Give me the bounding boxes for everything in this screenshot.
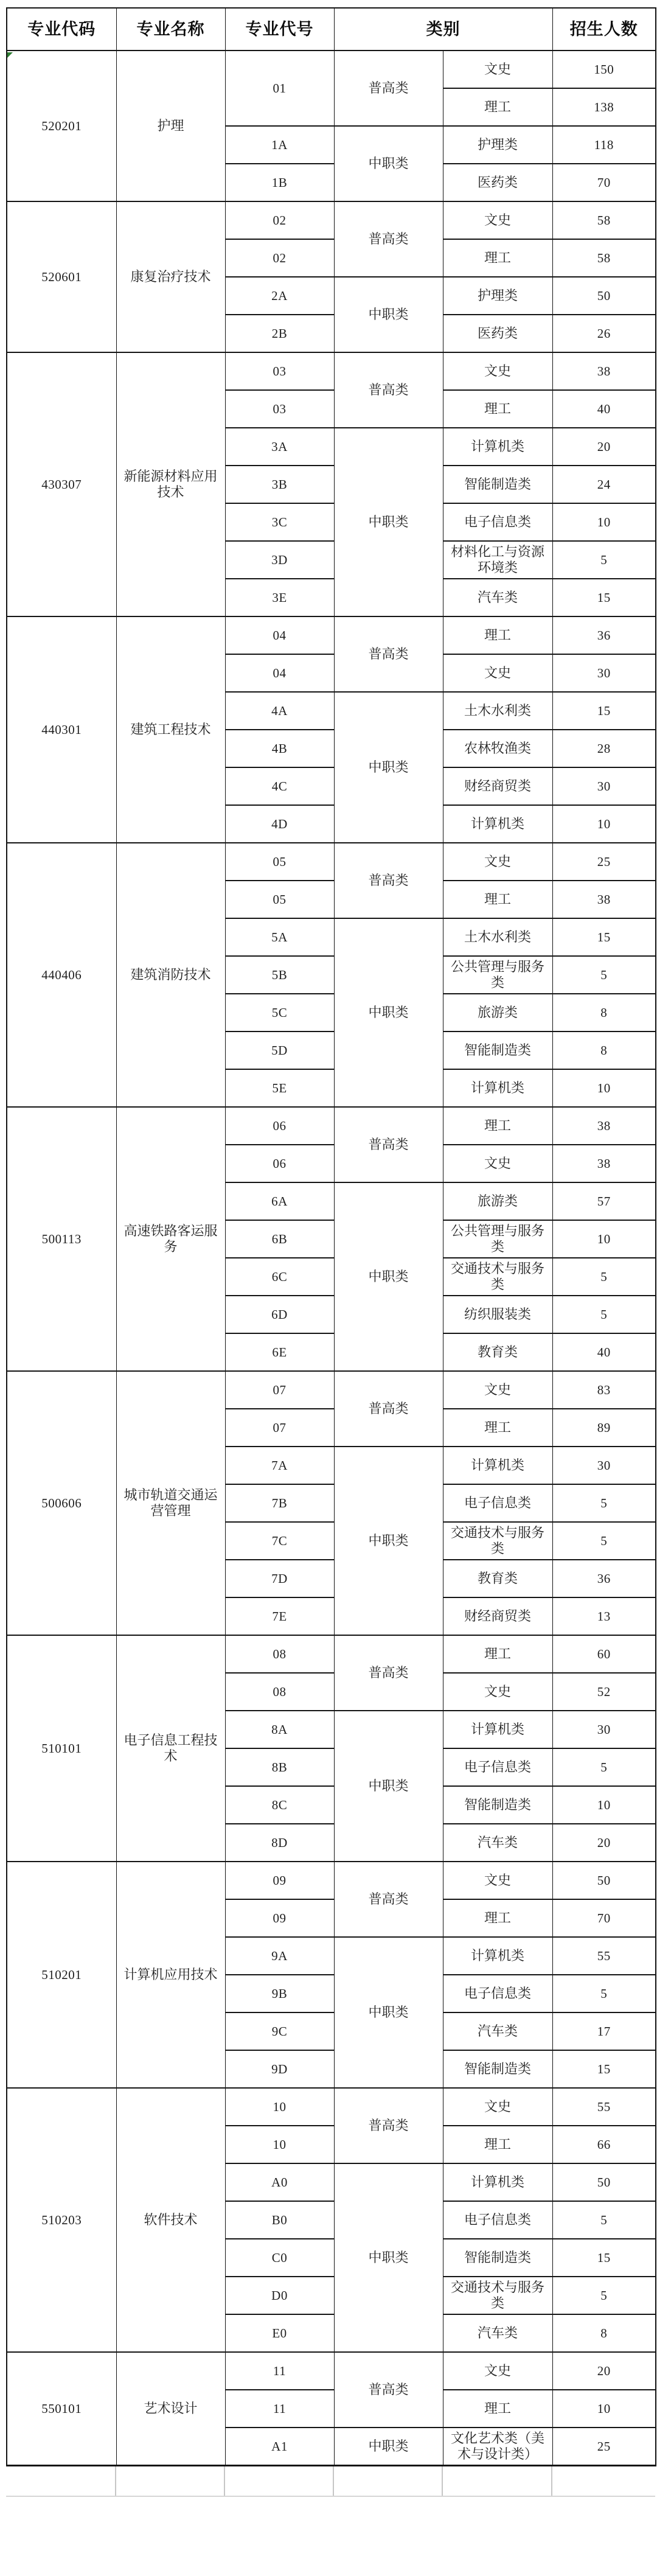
enroll-count-cell: 20 (552, 428, 656, 466)
enroll-count-cell: 30 (552, 1447, 656, 1484)
major-name-cell: 建筑消防技术 (116, 843, 225, 1107)
major-codeno-cell: A0 (225, 2163, 334, 2201)
enroll-count-cell: 70 (552, 164, 656, 201)
category-name-cell: 电子信息类 (443, 1484, 552, 1522)
category-name-cell: 文史 (443, 1862, 552, 1899)
enroll-count-cell: 10 (552, 805, 656, 843)
major-code-cell: 510201 (7, 1862, 116, 2088)
category-name-cell: 文史 (443, 2352, 552, 2390)
table-row: 510201计算机应用技术09普高类文史50 (7, 1862, 656, 1899)
enroll-count-cell: 55 (552, 2088, 656, 2126)
category-name-cell: 理工 (443, 239, 552, 277)
enroll-count-cell: 10 (552, 1786, 656, 1824)
category-name-cell: 交通技术与服务类 (443, 1522, 552, 1560)
enroll-count-cell: 40 (552, 390, 656, 428)
enroll-count-cell: 15 (552, 692, 656, 730)
enroll-count-cell: 20 (552, 1824, 656, 1862)
major-codeno-cell: 08 (225, 1673, 334, 1711)
major-codeno-cell: A1 (225, 2428, 334, 2465)
category-type-cell: 中职类 (334, 692, 443, 843)
category-type-cell: 中职类 (334, 277, 443, 352)
enroll-count-cell: 36 (552, 1560, 656, 1597)
enroll-count-cell: 60 (552, 1635, 656, 1673)
category-name-cell: 文史 (443, 51, 552, 88)
category-name-cell: 智能制造类 (443, 1786, 552, 1824)
major-name-cell: 建筑工程技术 (116, 616, 225, 843)
category-type-cell: 中职类 (334, 126, 443, 201)
enroll-count-cell: 8 (552, 1031, 656, 1069)
major-codeno-cell: 1B (225, 164, 334, 201)
category-name-cell: 文史 (443, 843, 552, 881)
category-name-cell: 医药类 (443, 315, 552, 352)
major-codeno-cell: 6D (225, 1296, 334, 1333)
header-major-name: 专业名称 (116, 8, 225, 51)
major-name-cell: 高速铁路客运服务 (116, 1107, 225, 1371)
category-name-cell: 文史 (443, 1371, 552, 1409)
header-major-codeno: 专业代号 (225, 8, 334, 51)
major-codeno-cell: 05 (225, 843, 334, 881)
major-codeno-cell: 6A (225, 1182, 334, 1220)
enroll-count-cell: 83 (552, 1371, 656, 1409)
major-code-cell: 520601 (7, 201, 116, 352)
category-type-cell: 普高类 (334, 352, 443, 428)
table-row: 500113高速铁路客运服务06普高类理工38 (7, 1107, 656, 1145)
header-major-code: 专业代码 (7, 8, 116, 51)
gridline (6, 2496, 655, 2497)
category-name-cell: 文史 (443, 1673, 552, 1711)
category-type-cell: 中职类 (334, 1711, 443, 1862)
category-name-cell: 理工 (443, 1107, 552, 1145)
category-name-cell: 土木水利类 (443, 918, 552, 956)
category-name-cell: 智能制造类 (443, 2050, 552, 2088)
category-name-cell: 交通技术与服务类 (443, 2277, 552, 2314)
major-codeno-cell: 4C (225, 767, 334, 805)
category-name-cell: 财经商贸类 (443, 767, 552, 805)
major-name-cell: 城市轨道交通运营管理 (116, 1371, 225, 1635)
enroll-count-cell: 89 (552, 1409, 656, 1447)
table-row: 550101艺术设计11普高类文史20 (7, 2352, 656, 2390)
table-row: 520601康复治疗技术02普高类文史58 (7, 201, 656, 239)
enroll-count-cell: 28 (552, 730, 656, 767)
category-type-cell: 普高类 (334, 2352, 443, 2428)
header-category: 类别 (334, 8, 552, 51)
enroll-count-cell: 38 (552, 1107, 656, 1145)
enroll-count-cell: 66 (552, 2126, 656, 2163)
page: { "page": { "background": "#ffffff", "bo… (0, 0, 657, 2576)
category-type-cell: 中职类 (334, 1447, 443, 1635)
category-type-cell: 普高类 (334, 1107, 443, 1182)
enroll-count-cell: 38 (552, 1145, 656, 1182)
major-codeno-cell: D0 (225, 2277, 334, 2314)
enroll-count-cell: 38 (552, 352, 656, 390)
partial-bottom-row (6, 2466, 655, 2497)
major-codeno-cell: 5B (225, 956, 334, 994)
major-codeno-cell: 04 (225, 654, 334, 692)
category-name-cell: 文史 (443, 201, 552, 239)
header-enroll-count: 招生人数 (552, 8, 656, 51)
header-row: 专业代码 专业名称 专业代号 类别 招生人数 (7, 8, 656, 51)
enroll-count-cell: 5 (552, 956, 656, 994)
major-codeno-cell: 3D (225, 541, 334, 579)
category-type-cell: 普高类 (334, 2088, 443, 2163)
enroll-count-cell: 30 (552, 654, 656, 692)
enroll-count-cell: 15 (552, 2050, 656, 2088)
enroll-count-cell: 118 (552, 126, 656, 164)
category-name-cell: 智能制造类 (443, 2239, 552, 2277)
major-codeno-cell: 01 (225, 51, 334, 126)
major-codeno-cell: 3A (225, 428, 334, 466)
category-type-cell: 中职类 (334, 2428, 443, 2465)
enroll-count-cell: 10 (552, 1069, 656, 1107)
major-name-cell: 软件技术 (116, 2088, 225, 2352)
gridline (224, 2466, 225, 2497)
enroll-count-cell: 58 (552, 201, 656, 239)
enroll-count-cell: 50 (552, 1862, 656, 1899)
category-name-cell: 公共管理与服务类 (443, 956, 552, 994)
major-codeno-cell: 8A (225, 1711, 334, 1748)
category-name-cell: 理工 (443, 881, 552, 918)
major-codeno-cell: 6E (225, 1333, 334, 1371)
category-name-cell: 计算机类 (443, 428, 552, 466)
major-codeno-cell: 8B (225, 1748, 334, 1786)
category-name-cell: 计算机类 (443, 1711, 552, 1748)
category-name-cell: 计算机类 (443, 1937, 552, 1975)
category-name-cell: 理工 (443, 1635, 552, 1673)
major-codeno-cell: 11 (225, 2390, 334, 2428)
major-codeno-cell: 07 (225, 1371, 334, 1409)
enroll-count-cell: 8 (552, 2314, 656, 2352)
category-name-cell: 旅游类 (443, 1182, 552, 1220)
enroll-count-cell: 25 (552, 2428, 656, 2465)
enroll-count-cell: 38 (552, 881, 656, 918)
major-codeno-cell: 11 (225, 2352, 334, 2390)
category-name-cell: 文化艺术类（美术与设计类） (443, 2428, 552, 2465)
major-codeno-cell: 4D (225, 805, 334, 843)
major-code-cell: 500606 (7, 1371, 116, 1635)
major-codeno-cell: 4B (225, 730, 334, 767)
enroll-count-cell: 26 (552, 315, 656, 352)
major-codeno-cell: 7E (225, 1597, 334, 1635)
category-name-cell: 文史 (443, 352, 552, 390)
category-type-cell: 中职类 (334, 1937, 443, 2088)
gridline (551, 2466, 552, 2497)
category-name-cell: 教育类 (443, 1560, 552, 1597)
category-type-cell: 中职类 (334, 428, 443, 616)
gridline (115, 2466, 116, 2497)
category-type-cell: 中职类 (334, 2163, 443, 2352)
major-codeno-cell: 4A (225, 692, 334, 730)
category-name-cell: 汽车类 (443, 1824, 552, 1862)
spreadsheet-area: 专业代码 专业名称 专业代号 类别 招生人数 520201护理01普高类文史15… (6, 7, 655, 2497)
category-name-cell: 文史 (443, 654, 552, 692)
category-type-cell: 普高类 (334, 1862, 443, 1937)
major-codeno-cell: 6B (225, 1220, 334, 1258)
major-code-cell: 520201 (7, 51, 116, 201)
major-codeno-cell: 07 (225, 1409, 334, 1447)
category-name-cell: 理工 (443, 2390, 552, 2428)
enroll-count-cell: 36 (552, 616, 656, 654)
category-name-cell: 护理类 (443, 126, 552, 164)
enroll-count-cell: 50 (552, 277, 656, 315)
enroll-count-cell: 5 (552, 1522, 656, 1560)
category-name-cell: 电子信息类 (443, 1975, 552, 2012)
table-row: 520201护理01普高类文史150 (7, 51, 656, 88)
enroll-count-cell: 15 (552, 918, 656, 956)
table-row: 440406建筑消防技术05普高类文史25 (7, 843, 656, 881)
category-type-cell: 中职类 (334, 918, 443, 1107)
category-type-cell: 普高类 (334, 1371, 443, 1447)
major-codeno-cell: 06 (225, 1145, 334, 1182)
enroll-count-cell: 58 (552, 239, 656, 277)
major-name-cell: 电子信息工程技术 (116, 1635, 225, 1862)
enroll-count-cell: 138 (552, 88, 656, 126)
table-row: 510203软件技术10普高类文史55 (7, 2088, 656, 2126)
category-name-cell: 汽车类 (443, 2314, 552, 2352)
category-name-cell: 文史 (443, 2088, 552, 2126)
category-name-cell: 理工 (443, 88, 552, 126)
table-row: 500606城市轨道交通运营管理07普高类文史83 (7, 1371, 656, 1409)
category-name-cell: 计算机类 (443, 1447, 552, 1484)
major-codeno-cell: 09 (225, 1899, 334, 1937)
major-code-cell: 550101 (7, 2352, 116, 2465)
enroll-count-cell: 10 (552, 503, 656, 541)
major-codeno-cell: 7C (225, 1522, 334, 1560)
major-codeno-cell: 08 (225, 1635, 334, 1673)
enroll-count-cell: 5 (552, 2201, 656, 2239)
category-type-cell: 中职类 (334, 1182, 443, 1371)
major-codeno-cell: 10 (225, 2088, 334, 2126)
major-code-cell: 510203 (7, 2088, 116, 2352)
enroll-count-cell: 10 (552, 1220, 656, 1258)
category-name-cell: 智能制造类 (443, 1031, 552, 1069)
category-name-cell: 理工 (443, 390, 552, 428)
enroll-count-cell: 57 (552, 1182, 656, 1220)
category-name-cell: 土木水利类 (443, 692, 552, 730)
table-row: 430307新能源材料应用技术03普高类文史38 (7, 352, 656, 390)
category-name-cell: 材料化工与资源环境类 (443, 541, 552, 579)
enroll-count-cell: 15 (552, 579, 656, 616)
gridline (333, 2466, 334, 2497)
category-name-cell: 理工 (443, 1899, 552, 1937)
category-name-cell: 计算机类 (443, 805, 552, 843)
major-codeno-cell: 02 (225, 201, 334, 239)
enroll-count-cell: 5 (552, 1258, 656, 1296)
category-type-cell: 普高类 (334, 201, 443, 277)
category-type-cell: 普高类 (334, 51, 443, 126)
enroll-count-cell: 17 (552, 2012, 656, 2050)
major-codeno-cell: 09 (225, 1862, 334, 1899)
enroll-count-cell: 15 (552, 2239, 656, 2277)
enroll-count-cell: 40 (552, 1333, 656, 1371)
category-name-cell: 理工 (443, 2126, 552, 2163)
table-row: 510101电子信息工程技术08普高类理工60 (7, 1635, 656, 1673)
enroll-count-cell: 5 (552, 1296, 656, 1333)
category-name-cell: 汽车类 (443, 2012, 552, 2050)
major-codeno-cell: 9D (225, 2050, 334, 2088)
major-codeno-cell: 3C (225, 503, 334, 541)
enroll-count-cell: 50 (552, 2163, 656, 2201)
major-codeno-cell: 9A (225, 1937, 334, 1975)
major-codeno-cell: 5A (225, 918, 334, 956)
major-codeno-cell: C0 (225, 2239, 334, 2277)
major-codeno-cell: 2A (225, 277, 334, 315)
category-name-cell: 汽车类 (443, 579, 552, 616)
major-name-cell: 艺术设计 (116, 2352, 225, 2465)
enroll-count-cell: 52 (552, 1673, 656, 1711)
enroll-count-cell: 30 (552, 1711, 656, 1748)
major-codeno-cell: 2B (225, 315, 334, 352)
category-name-cell: 财经商贸类 (443, 1597, 552, 1635)
category-name-cell: 智能制造类 (443, 466, 552, 503)
major-codeno-cell: 9C (225, 2012, 334, 2050)
enroll-count-cell: 5 (552, 541, 656, 579)
category-name-cell: 护理类 (443, 277, 552, 315)
enroll-count-cell: 5 (552, 1484, 656, 1522)
major-codeno-cell: 9B (225, 1975, 334, 2012)
category-type-cell: 普高类 (334, 616, 443, 692)
major-name-cell: 护理 (116, 51, 225, 201)
enroll-count-cell: 13 (552, 1597, 656, 1635)
enroll-count-cell: 150 (552, 51, 656, 88)
major-codeno-cell: 02 (225, 239, 334, 277)
major-codeno-cell: 7B (225, 1484, 334, 1522)
major-name-cell: 新能源材料应用技术 (116, 352, 225, 616)
enroll-count-cell: 25 (552, 843, 656, 881)
major-codeno-cell: 7A (225, 1447, 334, 1484)
cell-corner-flag-icon (7, 52, 13, 58)
major-codeno-cell: 03 (225, 390, 334, 428)
category-name-cell: 文史 (443, 1145, 552, 1182)
category-name-cell: 交通技术与服务类 (443, 1258, 552, 1296)
major-codeno-cell: 3B (225, 466, 334, 503)
major-codeno-cell: 5C (225, 994, 334, 1031)
major-name-cell: 计算机应用技术 (116, 1862, 225, 2088)
gridline (442, 2466, 443, 2497)
major-codeno-cell: 1A (225, 126, 334, 164)
enroll-count-cell: 5 (552, 1748, 656, 1786)
enroll-count-cell: 24 (552, 466, 656, 503)
major-codeno-cell: 5E (225, 1069, 334, 1107)
category-type-cell: 普高类 (334, 1635, 443, 1711)
major-codeno-cell: B0 (225, 2201, 334, 2239)
major-codeno-cell: 06 (225, 1107, 334, 1145)
category-name-cell: 理工 (443, 1409, 552, 1447)
major-codeno-cell: 05 (225, 881, 334, 918)
major-codeno-cell: 7D (225, 1560, 334, 1597)
major-codeno-cell: 10 (225, 2126, 334, 2163)
category-name-cell: 电子信息类 (443, 2201, 552, 2239)
category-name-cell: 医药类 (443, 164, 552, 201)
category-name-cell: 纺织服装类 (443, 1296, 552, 1333)
major-codeno-cell: 3E (225, 579, 334, 616)
major-code-cell: 500113 (7, 1107, 116, 1371)
major-code-cell: 440301 (7, 616, 116, 843)
category-name-cell: 旅游类 (443, 994, 552, 1031)
major-code-cell: 430307 (7, 352, 116, 616)
table-row: 440301建筑工程技术04普高类理工36 (7, 616, 656, 654)
category-type-cell: 普高类 (334, 843, 443, 918)
enroll-count-cell: 5 (552, 1975, 656, 2012)
enroll-count-cell: 10 (552, 2390, 656, 2428)
enroll-count-cell: 30 (552, 767, 656, 805)
category-name-cell: 计算机类 (443, 1069, 552, 1107)
major-codeno-cell: 8C (225, 1786, 334, 1824)
category-name-cell: 公共管理与服务类 (443, 1220, 552, 1258)
enroll-count-cell: 55 (552, 1937, 656, 1975)
major-codeno-cell: 04 (225, 616, 334, 654)
major-codeno-cell: 8D (225, 1824, 334, 1862)
enroll-count-cell: 20 (552, 2352, 656, 2390)
enrollment-table: 专业代码 专业名称 专业代号 类别 招生人数 520201护理01普高类文史15… (6, 7, 656, 2466)
category-name-cell: 教育类 (443, 1333, 552, 1371)
category-name-cell: 计算机类 (443, 2163, 552, 2201)
category-name-cell: 电子信息类 (443, 1748, 552, 1786)
enroll-count-cell: 8 (552, 994, 656, 1031)
category-name-cell: 理工 (443, 616, 552, 654)
major-code-cell: 440406 (7, 843, 116, 1107)
major-codeno-cell: 03 (225, 352, 334, 390)
major-code-cell: 510101 (7, 1635, 116, 1862)
category-name-cell: 电子信息类 (443, 503, 552, 541)
major-name-cell: 康复治疗技术 (116, 201, 225, 352)
category-name-cell: 农林牧渔类 (443, 730, 552, 767)
major-codeno-cell: E0 (225, 2314, 334, 2352)
enroll-count-cell: 5 (552, 2277, 656, 2314)
enroll-count-cell: 70 (552, 1899, 656, 1937)
major-codeno-cell: 6C (225, 1258, 334, 1296)
major-codeno-cell: 5D (225, 1031, 334, 1069)
